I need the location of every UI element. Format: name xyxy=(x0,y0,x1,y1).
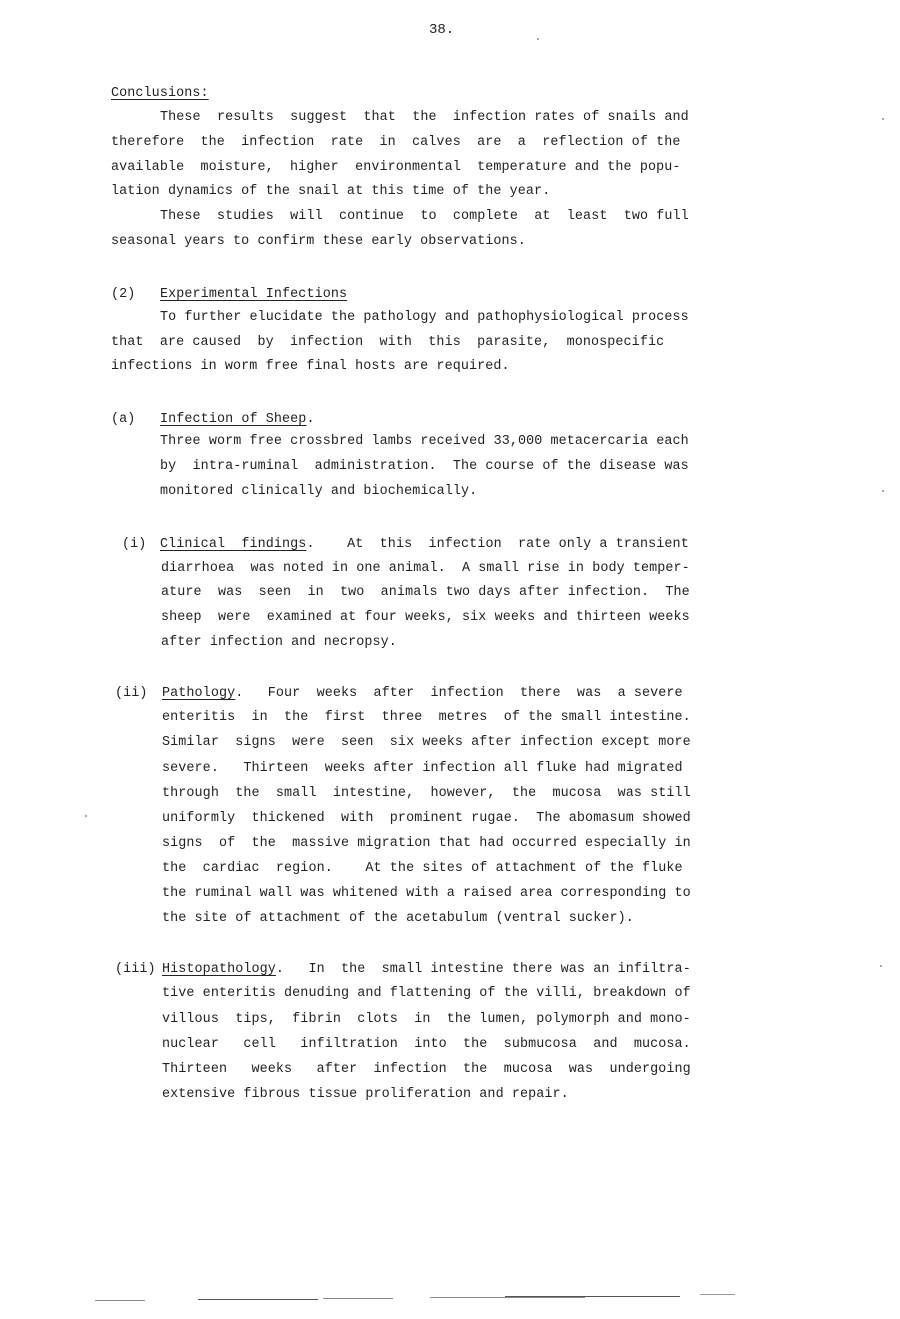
scan-speck xyxy=(537,38,539,40)
experimental-para-line-3: infections in worm free final hosts are … xyxy=(111,359,510,374)
pathology-para-line-4: through the small intestine, however, th… xyxy=(162,786,691,801)
conclusions-para1-line-1: These results suggest that the infection… xyxy=(160,110,689,125)
clinical-para-line-3: sheep were examined at four weeks, six w… xyxy=(161,610,690,625)
pathology-heading: Pathology xyxy=(162,686,235,701)
footer-rule-segment xyxy=(700,1294,735,1295)
sheep-para-line-3: monitored clinically and biochemically. xyxy=(160,484,477,499)
experimental-heading: Experimental Infections xyxy=(160,287,347,302)
page-number: 38. xyxy=(429,22,454,38)
footer-rule-segment xyxy=(505,1296,680,1297)
pathology-para-line-8: the ruminal wall was whitened with a rai… xyxy=(162,886,691,901)
pathology-para-line-6: signs of the massive migration that had … xyxy=(162,836,691,851)
pathology-number: (ii) xyxy=(115,686,148,701)
experimental-para-line-1: To further elucidate the pathology and p… xyxy=(160,310,689,325)
footer-rule-segment xyxy=(95,1300,145,1301)
pathology-para-line-7: the cardiac region. At the sites of atta… xyxy=(162,861,683,876)
pathology-para-line-3: severe. Thirteen weeks after infection a… xyxy=(162,761,683,776)
histopathology-first-line-rest: . In the small intestine there was an in… xyxy=(276,962,691,977)
clinical-heading: Clinical findings xyxy=(160,537,306,552)
conclusions-para1-line-3: available moisture, higher environmental… xyxy=(111,160,681,175)
pathology-first-line-rest: . Four weeks after infection there was a… xyxy=(235,686,682,701)
sheep-heading: Infection of Sheep xyxy=(160,412,306,427)
pathology-para-line-9: the site of attachment of the acetabulum… xyxy=(162,911,634,926)
histopathology-para-line-1: tive enteritis denuding and flattening o… xyxy=(162,986,691,1001)
histopathology-para-line-2: villous tips, fibrin clots in the lumen,… xyxy=(162,1012,691,1027)
sheep-para-line-1: Three worm free crossbred lambs received… xyxy=(160,434,689,449)
clinical-first-line: Clinical findings. At this infection rat… xyxy=(160,537,689,552)
sheep-number: (a) xyxy=(111,412,135,427)
histopathology-para-line-3: nuclear cell infiltration into the submu… xyxy=(162,1037,691,1052)
footer-rule-segment xyxy=(323,1298,393,1299)
conclusions-para1-line-2: therefore the infection rate in calves a… xyxy=(111,135,681,150)
footer-rule-segment xyxy=(430,1297,585,1298)
experimental-number: (2) xyxy=(111,287,135,302)
scan-speck xyxy=(85,815,87,817)
histopathology-number: (iii) xyxy=(115,962,156,977)
histopathology-para-line-5: extensive fibrous tissue proliferation a… xyxy=(162,1087,569,1102)
conclusions-para2-line-1: These studies will continue to complete … xyxy=(160,209,689,224)
pathology-para-line-5: uniformly thickened with prominent rugae… xyxy=(162,811,691,826)
histopathology-heading: Histopathology xyxy=(162,962,276,977)
conclusions-heading: Conclusions: xyxy=(111,86,209,101)
clinical-para-line-1: diarrhoea was noted in one animal. A sma… xyxy=(161,561,690,576)
conclusions-para1-line-4: lation dynamics of the snail at this tim… xyxy=(111,184,550,199)
scan-speck xyxy=(882,490,884,492)
histopathology-first-line: Histopathology. In the small intestine t… xyxy=(162,962,691,977)
sheep-heading-suffix: . xyxy=(306,412,314,427)
histopathology-para-line-4: Thirteen weeks after infection the mucos… xyxy=(162,1062,691,1077)
scan-speck xyxy=(882,118,884,120)
clinical-number: (i) xyxy=(122,537,146,552)
experimental-para-line-2: that are caused by infection with this p… xyxy=(111,335,664,350)
sheep-heading-wrap: Infection of Sheep. xyxy=(160,412,315,427)
clinical-para-line-2: ature was seen in two animals two days a… xyxy=(161,585,690,600)
pathology-para-line-2: Similar signs were seen six weeks after … xyxy=(162,735,691,750)
pathology-para-line-1: enteritis in the first three metres of t… xyxy=(162,710,691,725)
pathology-first-line: Pathology. Four weeks after infection th… xyxy=(162,686,683,701)
sheep-para-line-2: by intra-ruminal administration. The cou… xyxy=(160,459,689,474)
footer-rule-segment xyxy=(198,1299,318,1300)
conclusions-para2-line-2: seasonal years to confirm these early ob… xyxy=(111,234,526,249)
scan-speck xyxy=(880,965,882,967)
clinical-first-line-rest: . At this infection rate only a transien… xyxy=(306,537,688,552)
clinical-para-line-4: after infection and necropsy. xyxy=(161,635,397,650)
